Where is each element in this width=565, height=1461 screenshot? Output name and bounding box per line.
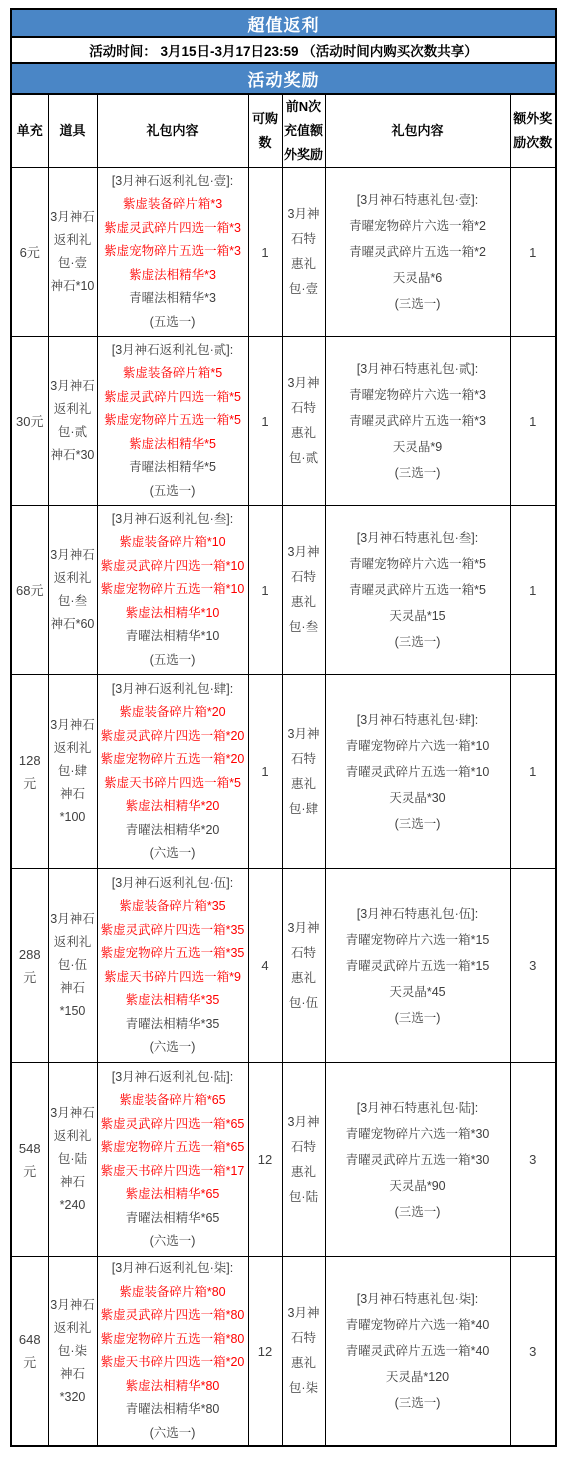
pack-item: 青曜宠物碎片六选一箱*5 [328, 551, 508, 577]
pack-item: 紫虚宠物碎片五选一箱*35 [98, 942, 248, 966]
buy-count-cell: 1 [248, 675, 282, 869]
bonus-pack-title: [3月神石特惠礼包·柒]: [328, 1286, 508, 1312]
pack-item: 青曜灵武碎片五选一箱*30 [328, 1147, 508, 1173]
bonus-content-cell: [3月神石特惠礼包·肆]: 青曜宠物碎片六选一箱*10青曜灵武碎片五选一箱*10… [325, 675, 510, 869]
item-cell: 3月神石返利礼包·陆 神石 *240 [48, 1063, 97, 1257]
pack-item: 紫虚法相精华*35 [98, 989, 248, 1013]
bonus-pack-title: [3月神石特惠礼包·叁]: [328, 525, 508, 551]
title-banner-row: 超值返利 [11, 9, 556, 37]
pack-red-items: 紫虚装备碎片箱*35紫虚灵武碎片四选一箱*35紫虚宠物碎片五选一箱*35紫虚天书… [98, 895, 248, 1013]
bonus-choose-note: (三选一) [328, 1199, 508, 1225]
bonus-content-cell: [3月神石特惠礼包·壹]: 青曜宠物碎片六选一箱*2青曜灵武碎片五选一箱*2天灵… [325, 168, 510, 337]
buy-count-cell: 1 [248, 337, 282, 506]
pack-item: 紫虚法相精华*80 [98, 1375, 248, 1399]
pack-red-items: 紫虚装备碎片箱*5紫虚灵武碎片四选一箱*5紫虚宠物碎片五选一箱*5紫虚法相精华*… [98, 362, 248, 456]
pack-content-cell: [3月神石返利礼包·伍]: 紫虚装备碎片箱*35紫虚灵武碎片四选一箱*35紫虚宠… [97, 869, 248, 1063]
bonus-items: 青曜宠物碎片六选一箱*10青曜灵武碎片五选一箱*10天灵晶*30 [328, 733, 508, 811]
pack-red-items: 紫虚装备碎片箱*20紫虚灵武碎片四选一箱*20紫虚宠物碎片五选一箱*20紫虚天书… [98, 701, 248, 819]
pack-item: 青曜灵武碎片五选一箱*40 [328, 1338, 508, 1364]
pack-item: 紫虚装备碎片箱*10 [98, 531, 248, 555]
column-header-pack-content: 礼包内容 [97, 94, 248, 168]
pack-black-item: 青曜法相精华*65 [98, 1207, 248, 1231]
bonus-pack-title: [3月神石特惠礼包·肆]: [328, 707, 508, 733]
pack-red-items: 紫虚装备碎片箱*65紫虚灵武碎片四选一箱*65紫虚宠物碎片五选一箱*65紫虚天书… [98, 1089, 248, 1207]
table-row: 6元 3月神石返利礼包·壹 神石*10 [3月神石返利礼包·壹]: 紫虚装备碎片… [11, 168, 556, 337]
pack-black-item: 青曜法相精华*3 [98, 287, 248, 311]
bonus-choose-note: (三选一) [328, 1390, 508, 1416]
bonus-items: 青曜宠物碎片六选一箱*30青曜灵武碎片五选一箱*30天灵晶*90 [328, 1121, 508, 1199]
pack-black-item: 青曜法相精华*20 [98, 819, 248, 843]
pack-choose-note: (六选一) [98, 1230, 248, 1254]
pack-black-item: 青曜法相精华*35 [98, 1013, 248, 1037]
pack-item: 青曜灵武碎片五选一箱*2 [328, 239, 508, 265]
bonus-pack-name-cell: 3月神石特惠礼包·柒 [282, 1257, 325, 1447]
item-cell: 3月神石返利礼包·柒 神石 *320 [48, 1257, 97, 1447]
pack-content-cell: [3月神石返利礼包·柒]: 紫虚装备碎片箱*80紫虚灵武碎片四选一箱*80紫虚宠… [97, 1257, 248, 1447]
pack-title: [3月神石返利礼包·柒]: [98, 1257, 248, 1281]
event-time: 活动时间： 3月15日-3月17日23:59 （活动时间内购买次数共享） [11, 37, 556, 63]
pack-item: 天灵晶*6 [328, 265, 508, 291]
pack-item: 紫虚天书碎片四选一箱*17 [98, 1160, 248, 1184]
pack-title: [3月神石返利礼包·肆]: [98, 678, 248, 702]
pack-item: 紫虚灵武碎片四选一箱*5 [98, 386, 248, 410]
event-title: 超值返利 [11, 9, 556, 37]
time-row: 活动时间： 3月15日-3月17日23:59 （活动时间内购买次数共享） [11, 37, 556, 63]
price-cell: 548元 [11, 1063, 48, 1257]
bonus-items: 青曜宠物碎片六选一箱*40青曜灵武碎片五选一箱*40天灵晶*120 [328, 1312, 508, 1390]
bonus-pack-name-cell: 3月神石特惠礼包·陆 [282, 1063, 325, 1257]
bonus-pack-name-cell: 3月神石特惠礼包·贰 [282, 337, 325, 506]
pack-item: 紫虚灵武碎片四选一箱*80 [98, 1304, 248, 1328]
pack-item: 紫虚法相精华*65 [98, 1183, 248, 1207]
column-header-row: 单充 道具 礼包内容 可购数 前N次充值额外奖励 礼包内容 额外奖励次数 [11, 94, 556, 168]
pack-item: 紫虚法相精华*20 [98, 795, 248, 819]
bonus-content-cell: [3月神石特惠礼包·陆]: 青曜宠物碎片六选一箱*30青曜灵武碎片五选一箱*30… [325, 1063, 510, 1257]
table-row: 548元 3月神石返利礼包·陆 神石 *240 [3月神石返利礼包·陆]: 紫虚… [11, 1063, 556, 1257]
pack-red-items: 紫虚装备碎片箱*3紫虚灵武碎片四选一箱*3紫虚宠物碎片五选一箱*3紫虚法相精华*… [98, 193, 248, 287]
pack-item: 紫虚灵武碎片四选一箱*65 [98, 1113, 248, 1137]
pack-item: 紫虚灵武碎片四选一箱*10 [98, 555, 248, 579]
bonus-content-cell: [3月神石特惠礼包·柒]: 青曜宠物碎片六选一箱*40青曜灵武碎片五选一箱*40… [325, 1257, 510, 1447]
pack-title: [3月神石返利礼包·壹]: [98, 170, 248, 194]
rows-body: 6元 3月神石返利礼包·壹 神石*10 [3月神石返利礼包·壹]: 紫虚装备碎片… [11, 168, 556, 1447]
item-cell: 3月神石返利礼包·壹 神石*10 [48, 168, 97, 337]
extra-count-cell: 3 [510, 1257, 556, 1447]
pack-item: 青曜宠物碎片六选一箱*10 [328, 733, 508, 759]
pack-choose-note: (六选一) [98, 1036, 248, 1060]
pack-item: 紫虚天书碎片四选一箱*5 [98, 772, 248, 796]
column-header-item: 道具 [48, 94, 97, 168]
pack-content-cell: [3月神石返利礼包·贰]: 紫虚装备碎片箱*5紫虚灵武碎片四选一箱*5紫虚宠物碎… [97, 337, 248, 506]
pack-item: 紫虚装备碎片箱*20 [98, 701, 248, 725]
pack-item: 天灵晶*30 [328, 785, 508, 811]
item-cell: 3月神石返利礼包·贰 神石*30 [48, 337, 97, 506]
price-cell: 288元 [11, 869, 48, 1063]
bonus-pack-name-cell: 3月神石特惠礼包·肆 [282, 675, 325, 869]
pack-item: 青曜宠物碎片六选一箱*30 [328, 1121, 508, 1147]
pack-item: 紫虚天书碎片四选一箱*9 [98, 966, 248, 990]
pack-content-cell: [3月神石返利礼包·肆]: 紫虚装备碎片箱*20紫虚灵武碎片四选一箱*20紫虚宠… [97, 675, 248, 869]
pack-item: 青曜灵武碎片五选一箱*10 [328, 759, 508, 785]
bonus-choose-note: (三选一) [328, 811, 508, 837]
column-header-bonus: 前N次充值额外奖励 [282, 94, 325, 168]
item-quantity: 神石*10 [50, 275, 96, 298]
item-quantity: 神石 *320 [50, 1363, 96, 1409]
item-name: 3月神石返利礼包·伍 [50, 908, 96, 977]
pack-item: 紫虚装备碎片箱*80 [98, 1281, 248, 1305]
pack-content-cell: [3月神石返利礼包·陆]: 紫虚装备碎片箱*65紫虚灵武碎片四选一箱*65紫虚宠… [97, 1063, 248, 1257]
item-quantity: 神石*60 [50, 613, 96, 636]
item-cell: 3月神石返利礼包·肆 神石 *100 [48, 675, 97, 869]
pack-item: 紫虚宠物碎片五选一箱*20 [98, 748, 248, 772]
price-cell: 30元 [11, 337, 48, 506]
extra-count-cell: 1 [510, 337, 556, 506]
item-quantity: 神石*30 [50, 444, 96, 467]
pack-item: 紫虚宠物碎片五选一箱*3 [98, 240, 248, 264]
bonus-content-cell: [3月神石特惠礼包·贰]: 青曜宠物碎片六选一箱*3青曜灵武碎片五选一箱*3天灵… [325, 337, 510, 506]
buy-count-cell: 1 [248, 168, 282, 337]
column-header-price: 单充 [11, 94, 48, 168]
pack-title: [3月神石返利礼包·伍]: [98, 872, 248, 896]
price-cell: 648元 [11, 1257, 48, 1447]
pack-item: 紫虚宠物碎片五选一箱*65 [98, 1136, 248, 1160]
item-name: 3月神石返利礼包·陆 [50, 1102, 96, 1171]
pack-item: 紫虚法相精华*3 [98, 264, 248, 288]
extra-count-cell: 1 [510, 675, 556, 869]
pack-item: 紫虚装备碎片箱*3 [98, 193, 248, 217]
pack-choose-note: (五选一) [98, 480, 248, 504]
pack-item: 青曜灵武碎片五选一箱*15 [328, 953, 508, 979]
buy-count-cell: 1 [248, 506, 282, 675]
pack-item: 紫虚法相精华*10 [98, 602, 248, 626]
bonus-pack-title: [3月神石特惠礼包·贰]: [328, 356, 508, 382]
table-row: 288元 3月神石返利礼包·伍 神石 *150 [3月神石返利礼包·伍]: 紫虚… [11, 869, 556, 1063]
rebate-table: 超值返利 活动时间： 3月15日-3月17日23:59 （活动时间内购买次数共享… [10, 8, 557, 1447]
pack-title: [3月神石返利礼包·叁]: [98, 508, 248, 532]
bonus-content-cell: [3月神石特惠礼包·伍]: 青曜宠物碎片六选一箱*15青曜灵武碎片五选一箱*15… [325, 869, 510, 1063]
section-banner-row: 活动奖励 [11, 63, 556, 94]
pack-item: 青曜灵武碎片五选一箱*3 [328, 408, 508, 434]
extra-count-cell: 3 [510, 1063, 556, 1257]
pack-black-item: 青曜法相精华*80 [98, 1398, 248, 1422]
pack-item: 青曜宠物碎片六选一箱*2 [328, 213, 508, 239]
item-name: 3月神石返利礼包·肆 [50, 714, 96, 783]
pack-item: 天灵晶*9 [328, 434, 508, 460]
column-header-buy-count: 可购数 [248, 94, 282, 168]
bonus-choose-note: (三选一) [328, 1005, 508, 1031]
pack-item: 紫虚装备碎片箱*35 [98, 895, 248, 919]
column-header-bonus-content: 礼包内容 [325, 94, 510, 168]
page: 超值返利 活动时间： 3月15日-3月17日23:59 （活动时间内购买次数共享… [0, 0, 565, 1447]
buy-count-cell: 12 [248, 1257, 282, 1447]
bonus-pack-title: [3月神石特惠礼包·伍]: [328, 901, 508, 927]
bonus-items: 青曜宠物碎片六选一箱*5青曜灵武碎片五选一箱*5天灵晶*15 [328, 551, 508, 629]
table-row: 68元 3月神石返利礼包·叁 神石*60 [3月神石返利礼包·叁]: 紫虚装备碎… [11, 506, 556, 675]
pack-title: [3月神石返利礼包·陆]: [98, 1066, 248, 1090]
pack-item: 紫虚宠物碎片五选一箱*10 [98, 578, 248, 602]
pack-item: 紫虚灵武碎片四选一箱*35 [98, 919, 248, 943]
item-quantity: 神石 *240 [50, 1171, 96, 1217]
bonus-content-cell: [3月神石特惠礼包·叁]: 青曜宠物碎片六选一箱*5青曜灵武碎片五选一箱*5天灵… [325, 506, 510, 675]
bonus-items: 青曜宠物碎片六选一箱*3青曜灵武碎片五选一箱*3天灵晶*9 [328, 382, 508, 460]
item-name: 3月神石返利礼包·壹 [50, 206, 96, 275]
table-row: 648元 3月神石返利礼包·柒 神石 *320 [3月神石返利礼包·柒]: 紫虚… [11, 1257, 556, 1447]
pack-item: 紫虚装备碎片箱*5 [98, 362, 248, 386]
item-cell: 3月神石返利礼包·叁 神石*60 [48, 506, 97, 675]
pack-choose-note: (六选一) [98, 842, 248, 866]
pack-item: 天灵晶*90 [328, 1173, 508, 1199]
bonus-pack-title: [3月神石特惠礼包·壹]: [328, 187, 508, 213]
item-name: 3月神石返利礼包·叁 [50, 544, 96, 613]
column-header-extra-count: 额外奖励次数 [510, 94, 556, 168]
price-cell: 6元 [11, 168, 48, 337]
price-cell: 68元 [11, 506, 48, 675]
extra-count-cell: 1 [510, 168, 556, 337]
item-cell: 3月神石返利礼包·伍 神石 *150 [48, 869, 97, 1063]
bonus-pack-name-cell: 3月神石特惠礼包·叁 [282, 506, 325, 675]
bonus-items: 青曜宠物碎片六选一箱*2青曜灵武碎片五选一箱*2天灵晶*6 [328, 213, 508, 291]
pack-item: 天灵晶*45 [328, 979, 508, 1005]
item-name: 3月神石返利礼包·贰 [50, 375, 96, 444]
pack-red-items: 紫虚装备碎片箱*80紫虚灵武碎片四选一箱*80紫虚宠物碎片五选一箱*80紫虚天书… [98, 1281, 248, 1399]
pack-choose-note: (五选一) [98, 649, 248, 673]
bonus-choose-note: (三选一) [328, 629, 508, 655]
table-row: 128元 3月神石返利礼包·肆 神石 *100 [3月神石返利礼包·肆]: 紫虚… [11, 675, 556, 869]
pack-item: 紫虚宠物碎片五选一箱*5 [98, 409, 248, 433]
price-cell: 128元 [11, 675, 48, 869]
pack-item: 天灵晶*120 [328, 1364, 508, 1390]
pack-item: 紫虚法相精华*5 [98, 433, 248, 457]
pack-title: [3月神石返利礼包·贰]: [98, 339, 248, 363]
bonus-choose-note: (三选一) [328, 460, 508, 486]
item-quantity: 神石 *150 [50, 977, 96, 1023]
pack-item: 青曜宠物碎片六选一箱*3 [328, 382, 508, 408]
extra-count-cell: 1 [510, 506, 556, 675]
pack-item: 紫虚宠物碎片五选一箱*80 [98, 1328, 248, 1352]
pack-item: 青曜宠物碎片六选一箱*40 [328, 1312, 508, 1338]
pack-red-items: 紫虚装备碎片箱*10紫虚灵武碎片四选一箱*10紫虚宠物碎片五选一箱*10紫虚法相… [98, 531, 248, 625]
table-row: 30元 3月神石返利礼包·贰 神石*30 [3月神石返利礼包·贰]: 紫虚装备碎… [11, 337, 556, 506]
bonus-choose-note: (三选一) [328, 291, 508, 317]
pack-choose-note: (五选一) [98, 311, 248, 335]
pack-item: 青曜宠物碎片六选一箱*15 [328, 927, 508, 953]
pack-content-cell: [3月神石返利礼包·壹]: 紫虚装备碎片箱*3紫虚灵武碎片四选一箱*3紫虚宠物碎… [97, 168, 248, 337]
pack-item: 紫虚装备碎片箱*65 [98, 1089, 248, 1113]
pack-black-item: 青曜法相精华*5 [98, 456, 248, 480]
bonus-pack-title: [3月神石特惠礼包·陆]: [328, 1095, 508, 1121]
bonus-pack-name-cell: 3月神石特惠礼包·伍 [282, 869, 325, 1063]
pack-item: 天灵晶*15 [328, 603, 508, 629]
bonus-pack-name-cell: 3月神石特惠礼包·壹 [282, 168, 325, 337]
pack-item: 紫虚灵武碎片四选一箱*20 [98, 725, 248, 749]
buy-count-cell: 12 [248, 1063, 282, 1257]
pack-item: 紫虚天书碎片四选一箱*20 [98, 1351, 248, 1375]
pack-item: 紫虚灵武碎片四选一箱*3 [98, 217, 248, 241]
item-quantity: 神石 *100 [50, 783, 96, 829]
section-title: 活动奖励 [11, 63, 556, 94]
bonus-items: 青曜宠物碎片六选一箱*15青曜灵武碎片五选一箱*15天灵晶*45 [328, 927, 508, 1005]
pack-black-item: 青曜法相精华*10 [98, 625, 248, 649]
pack-choose-note: (六选一) [98, 1422, 248, 1446]
pack-content-cell: [3月神石返利礼包·叁]: 紫虚装备碎片箱*10紫虚灵武碎片四选一箱*10紫虚宠… [97, 506, 248, 675]
extra-count-cell: 3 [510, 869, 556, 1063]
item-name: 3月神石返利礼包·柒 [50, 1294, 96, 1363]
pack-item: 青曜灵武碎片五选一箱*5 [328, 577, 508, 603]
buy-count-cell: 4 [248, 869, 282, 1063]
